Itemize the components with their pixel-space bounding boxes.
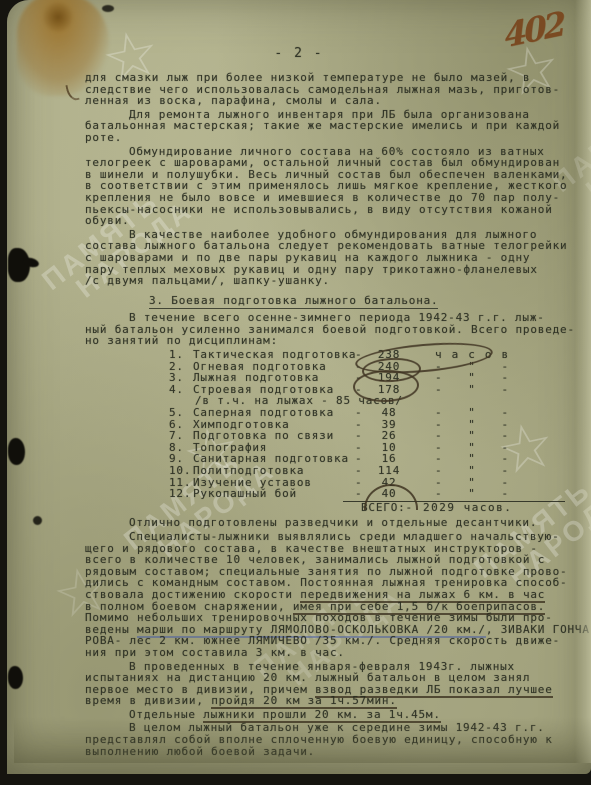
page-number: - 2 -: [7, 46, 591, 61]
list-item-hours: 114: [367, 465, 411, 477]
page-edge-highlight: [575, 0, 591, 763]
list-item-dash: -: [355, 407, 367, 419]
tape-stain-dark-spot: [41, 2, 75, 32]
hole-punch: [8, 666, 23, 689]
section-heading: 3. Боевая подготовка лыжного батальона.: [149, 295, 571, 307]
list-item-dash: -: [355, 465, 367, 477]
text-line: роте.: [85, 132, 571, 144]
paragraph: В проведенных в течение января-февраля 1…: [85, 661, 571, 707]
list-item-number: 4.: [169, 384, 193, 396]
text-line: ния при этом составила 3 км. в час.: [85, 647, 571, 659]
hole-punch: [8, 438, 25, 465]
text-segment: но занятий по дисциплинам:: [85, 334, 278, 347]
list-item-ditto: - " -: [435, 488, 518, 500]
paragraph: Отлично подготовлены разведчики и отдель…: [85, 517, 571, 529]
text-segment: ния при этом составила 3 км. в час.: [85, 646, 345, 659]
ink-speck: [102, 5, 114, 12]
list-item: 12.Рукопашный бой-40- " -: [85, 488, 571, 500]
text-segment: обуви.: [85, 214, 130, 227]
list-item-label: Саперная подготовка: [193, 407, 355, 419]
paragraph: В течение всего осенне-зимнего периода 1…: [85, 312, 571, 347]
total-value: 2029 часов.: [423, 501, 512, 514]
paragraph: Для ремонта лыжного инвентаря при ЛБ был…: [85, 109, 571, 144]
list-item-number: 1.: [169, 349, 193, 361]
text-line: батальонная мастерская; такие же мастерс…: [85, 120, 571, 132]
text-line: /с двумя пальцами/, шапку-ушанку.: [85, 275, 571, 287]
text-line: пьексы-насосники не использовывались, в …: [85, 204, 571, 216]
text-segment: Отлично подготовлены разведчики и отдель…: [129, 516, 537, 529]
text-segment: роте.: [85, 131, 122, 144]
list-item: 1.Тактическая подготовка-238часов: [85, 349, 571, 361]
text-line: но занятий по дисциплинам:: [85, 335, 571, 347]
list-item-hours: 48: [367, 407, 411, 419]
list-item-number: 12.: [169, 488, 193, 500]
list-item-ditto: - " -: [435, 465, 518, 477]
text-line: Отлично подготовлены разведчики и отдель…: [85, 517, 571, 529]
paragraph: В качестве наиболее удобного обмундирова…: [85, 229, 571, 287]
document-page: ☆ ПАМЯТЬ НАРОДА ☆ ПАМЯТЬ НАРОДА ☆ ПАМЯТЬ…: [7, 0, 591, 774]
text-segment: время в дивизии,: [85, 694, 211, 707]
list-item-label: Политподготовка: [193, 465, 355, 477]
paragraph: для смазки лыж при более низкой температ…: [85, 72, 571, 107]
list-item-ditto: - " -: [435, 407, 518, 419]
text-flow: для смазки лыж при более низкой температ…: [85, 70, 571, 757]
text-segment: ленная из воска, парафина, смолы и сала.: [85, 94, 382, 107]
total-line: ВСЕГО:-2029 часов.: [85, 502, 571, 514]
page-bottom-shadow: [14, 717, 591, 763]
list-item: 5.Саперная подготовка-48- " -: [85, 407, 571, 419]
list-item-number: 10.: [169, 465, 193, 477]
training-hours-list: 1.Тактическая подготовка-238часов2.Огнев…: [85, 349, 571, 513]
text-segment: /с двумя пальцами/, шапку-ушанку.: [85, 274, 330, 287]
list-item: 10.Политподготовка-114- " -: [85, 465, 571, 477]
list-item-number: 5.: [169, 407, 193, 419]
list-item-ditto: - " -: [435, 384, 518, 396]
paragraph: Обмундирование личного состава на 60% со…: [85, 146, 571, 227]
ink-speck: [33, 516, 42, 525]
text-segment: пьексы-насосники не использовывались, в …: [85, 203, 553, 216]
section-heading-text: 3. Боевая подготовка лыжного батальона.: [149, 294, 438, 309]
text-segment: батальонная мастерская; такие же мастерс…: [85, 119, 560, 132]
paragraph: Специалисты-лыжники выявлялись среди мла…: [85, 531, 571, 659]
document-scan: ☆ ПАМЯТЬ НАРОДА ☆ ПАМЯТЬ НАРОДА ☆ ПАМЯТЬ…: [0, 0, 591, 785]
text-line: ленная из воска, парафина, смолы и сала.: [85, 95, 571, 107]
text-line: обуви.: [85, 215, 571, 227]
list-item-label: Рукопашный бой: [193, 488, 355, 500]
list-item-label: Тактическая подготовка: [193, 349, 355, 361]
